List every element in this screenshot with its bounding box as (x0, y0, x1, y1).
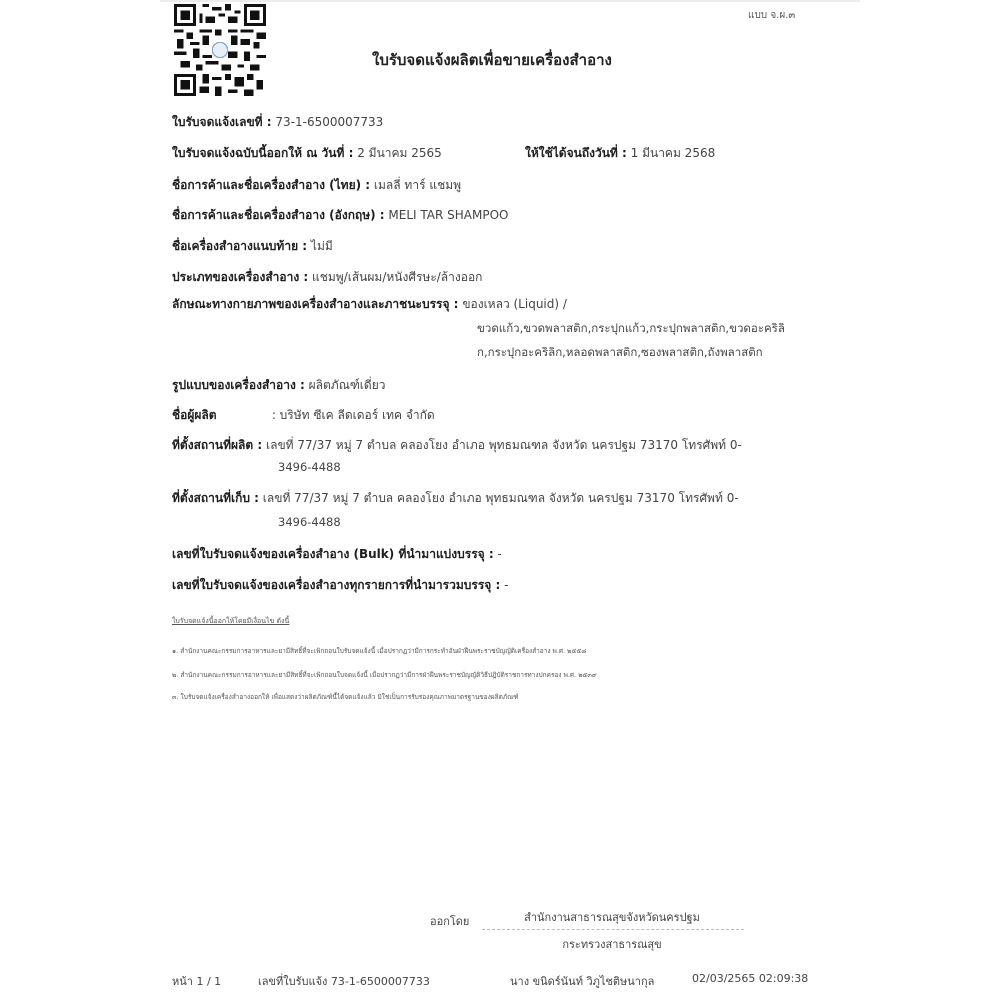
storage-site-field: ที่ตั้งสถานที่เก็บ : เลขที่ 77/37 หมู่ 7… (172, 490, 739, 506)
notification-no-label: ใบรับจดแจ้งเลขที่ : (172, 115, 272, 129)
physical-form-value-line3: ก,กระปุกอะคริลิก,หลอดพลาสติก,ซองพลาสติก,… (477, 340, 763, 364)
product-format-value: ผลิตภัณฑ์เดี่ยว (309, 378, 386, 392)
issue-date-value: 2 มีนาคม 2565 (357, 146, 442, 160)
manufacturing-site-label: ที่ตั้งสถานที่ผลิต : (172, 438, 262, 452)
trade-name-th-field: ชื่อการค้าและชื่อเครื่องสำอาง (ไทย) : เม… (172, 177, 461, 193)
manufacturing-site-value-line1: เลขที่ 77/37 หมู่ 7 ตำบล คลองโยง อำเภอ พ… (266, 438, 742, 452)
bulk-no-label: เลขที่ใบรับจดแจ้งของเครื่องสำอาง (Bulk) … (172, 547, 494, 561)
manufacturer-value: : บริษัท ซีเค ลีดเดอร์ เทค จำกัด (272, 408, 435, 422)
product-format-label: รูปแบบของเครื่องสำอาง : (172, 378, 305, 392)
issue-date-label: ใบรับจดแจ้งฉบับนี้ออกให้ ณ วันที่ : (172, 146, 353, 160)
manufacturer-label: ชื่อผู้ผลิต (172, 407, 268, 423)
physical-form-value-line1: ของเหลว (Liquid) / (462, 297, 567, 311)
trade-name-th-label: ชื่อการค้าและชื่อเครื่องสำอาง (ไทย) : (172, 178, 370, 192)
form-code: แบบ จ.ผ.๓ (748, 8, 795, 23)
suffix-name-label: ชื่อเครื่องสำอางแนบท้าย : (172, 239, 307, 253)
condition-item: ๒. สำนักงานคณะกรรมการอาหารและยามีสิทธิ์ท… (172, 670, 597, 680)
valid-until-value: 1 มีนาคม 2568 (631, 146, 716, 160)
bulk-no-field: เลขที่ใบรับจดแจ้งของเครื่องสำอาง (Bulk) … (172, 546, 502, 562)
cosmetic-type-field: ประเภทของเครื่องสำอาง : แชมพู/เส้นผม/หนั… (172, 269, 482, 285)
signature-line (482, 929, 744, 930)
issuing-office: สำนักงานสาธารณสุขจังหวัดนครปฐม (480, 908, 744, 926)
combined-no-label: เลขที่ใบรับจดแจ้งของเครื่องสำอางทุกรายกา… (172, 578, 500, 592)
manufacturing-site-field: ที่ตั้งสถานที่ผลิต : เลขที่ 77/37 หมู่ 7… (172, 437, 742, 453)
trade-name-en-value: MELI TAR SHAMPOO (388, 208, 508, 222)
combined-no-value: - (504, 578, 508, 592)
footer-timestamp: 02/03/2565 02:09:38 (692, 972, 808, 985)
storage-site-label: ที่ตั้งสถานที่เก็บ : (172, 491, 259, 505)
valid-until-label: ให้ใช้ได้จนถึงวันที่ : (525, 146, 627, 160)
condition-item: ๓. ใบรับจดแจ้งเครื่องสำอางออกให้ เพื่อแส… (172, 692, 519, 702)
notification-no-field: ใบรับจดแจ้งเลขที่ : 73-1-6500007733 (172, 114, 383, 130)
footer-reference: เลขที่ใบรับแจ้ง 73-1-6500007733 (258, 972, 430, 990)
condition-item: ๑. สำนักงานคณะกรรมการอาหารและยามีสิทธิ์ท… (172, 646, 586, 656)
trade-name-en-label: ชื่อการค้าและชื่อเครื่องสำอาง (อังกฤษ) : (172, 208, 385, 222)
bulk-no-value: - (498, 547, 502, 561)
manufacturer-field: ชื่อผู้ผลิต : บริษัท ซีเค ลีดเดอร์ เทค จ… (172, 407, 435, 423)
cosmetic-type-value: แชมพู/เส้นผม/หนังศีรษะ/ล้างออก (312, 270, 482, 284)
combined-no-field: เลขที่ใบรับจดแจ้งของเครื่องสำอางทุกรายกา… (172, 577, 508, 593)
valid-until-field: ให้ใช้ได้จนถึงวันที่ : 1 มีนาคม 2568 (525, 145, 715, 161)
page-top-edge (160, 0, 860, 2)
storage-site-value-line2: 3496-4488 (278, 510, 341, 534)
product-format-field: รูปแบบของเครื่องสำอาง : ผลิตภัณฑ์เดี่ยว (172, 377, 385, 393)
page-number: หน้า 1 / 1 (172, 972, 221, 990)
issued-by-label: ออกโดย (430, 912, 469, 930)
trade-name-en-field: ชื่อการค้าและชื่อเครื่องสำอาง (อังกฤษ) :… (172, 207, 509, 223)
trade-name-th-value: เมลลี่ ทาร์ แชมพู (374, 178, 461, 192)
cosmetic-type-label: ประเภทของเครื่องสำอาง : (172, 270, 308, 284)
issuing-ministry: กระทรวงสาธารณสุข (480, 935, 744, 953)
suffix-name-value: ไม่มี (311, 239, 333, 253)
physical-form-value-line2: ขวดแก้ว,ขวดพลาสติก,กระปุกแก้ว,กระปุกพลาส… (477, 316, 785, 340)
suffix-name-field: ชื่อเครื่องสำอางแนบท้าย : ไม่มี (172, 238, 333, 254)
physical-form-field: ลักษณะทางกายภาพของเครื่องสำอางและภาชนะบร… (172, 296, 567, 312)
notification-no-value: 73-1-6500007733 (275, 115, 383, 129)
footer-officer: นาง ขนิดร์นันท์ วิภูไชติษนากุล (510, 972, 654, 990)
physical-form-label: ลักษณะทางกายภาพของเครื่องสำอางและภาชนะบร… (172, 297, 458, 311)
manufacturing-site-value-line2: 3496-4488 (278, 455, 341, 479)
document-title: ใบรับจดแจ้งผลิตเพื่อขายเครื่องสำอาง (372, 48, 612, 72)
conditions-heading: ใบรับจดแจ้งนี้ออกให้โดยมีเงื่อนไข ดังนี้ (172, 616, 289, 627)
qr-code-icon (174, 4, 266, 96)
issue-date-field: ใบรับจดแจ้งฉบับนี้ออกให้ ณ วันที่ : 2 มี… (172, 145, 442, 161)
storage-site-value-line1: เลขที่ 77/37 หมู่ 7 ตำบล คลองโยง อำเภอ พ… (263, 491, 739, 505)
